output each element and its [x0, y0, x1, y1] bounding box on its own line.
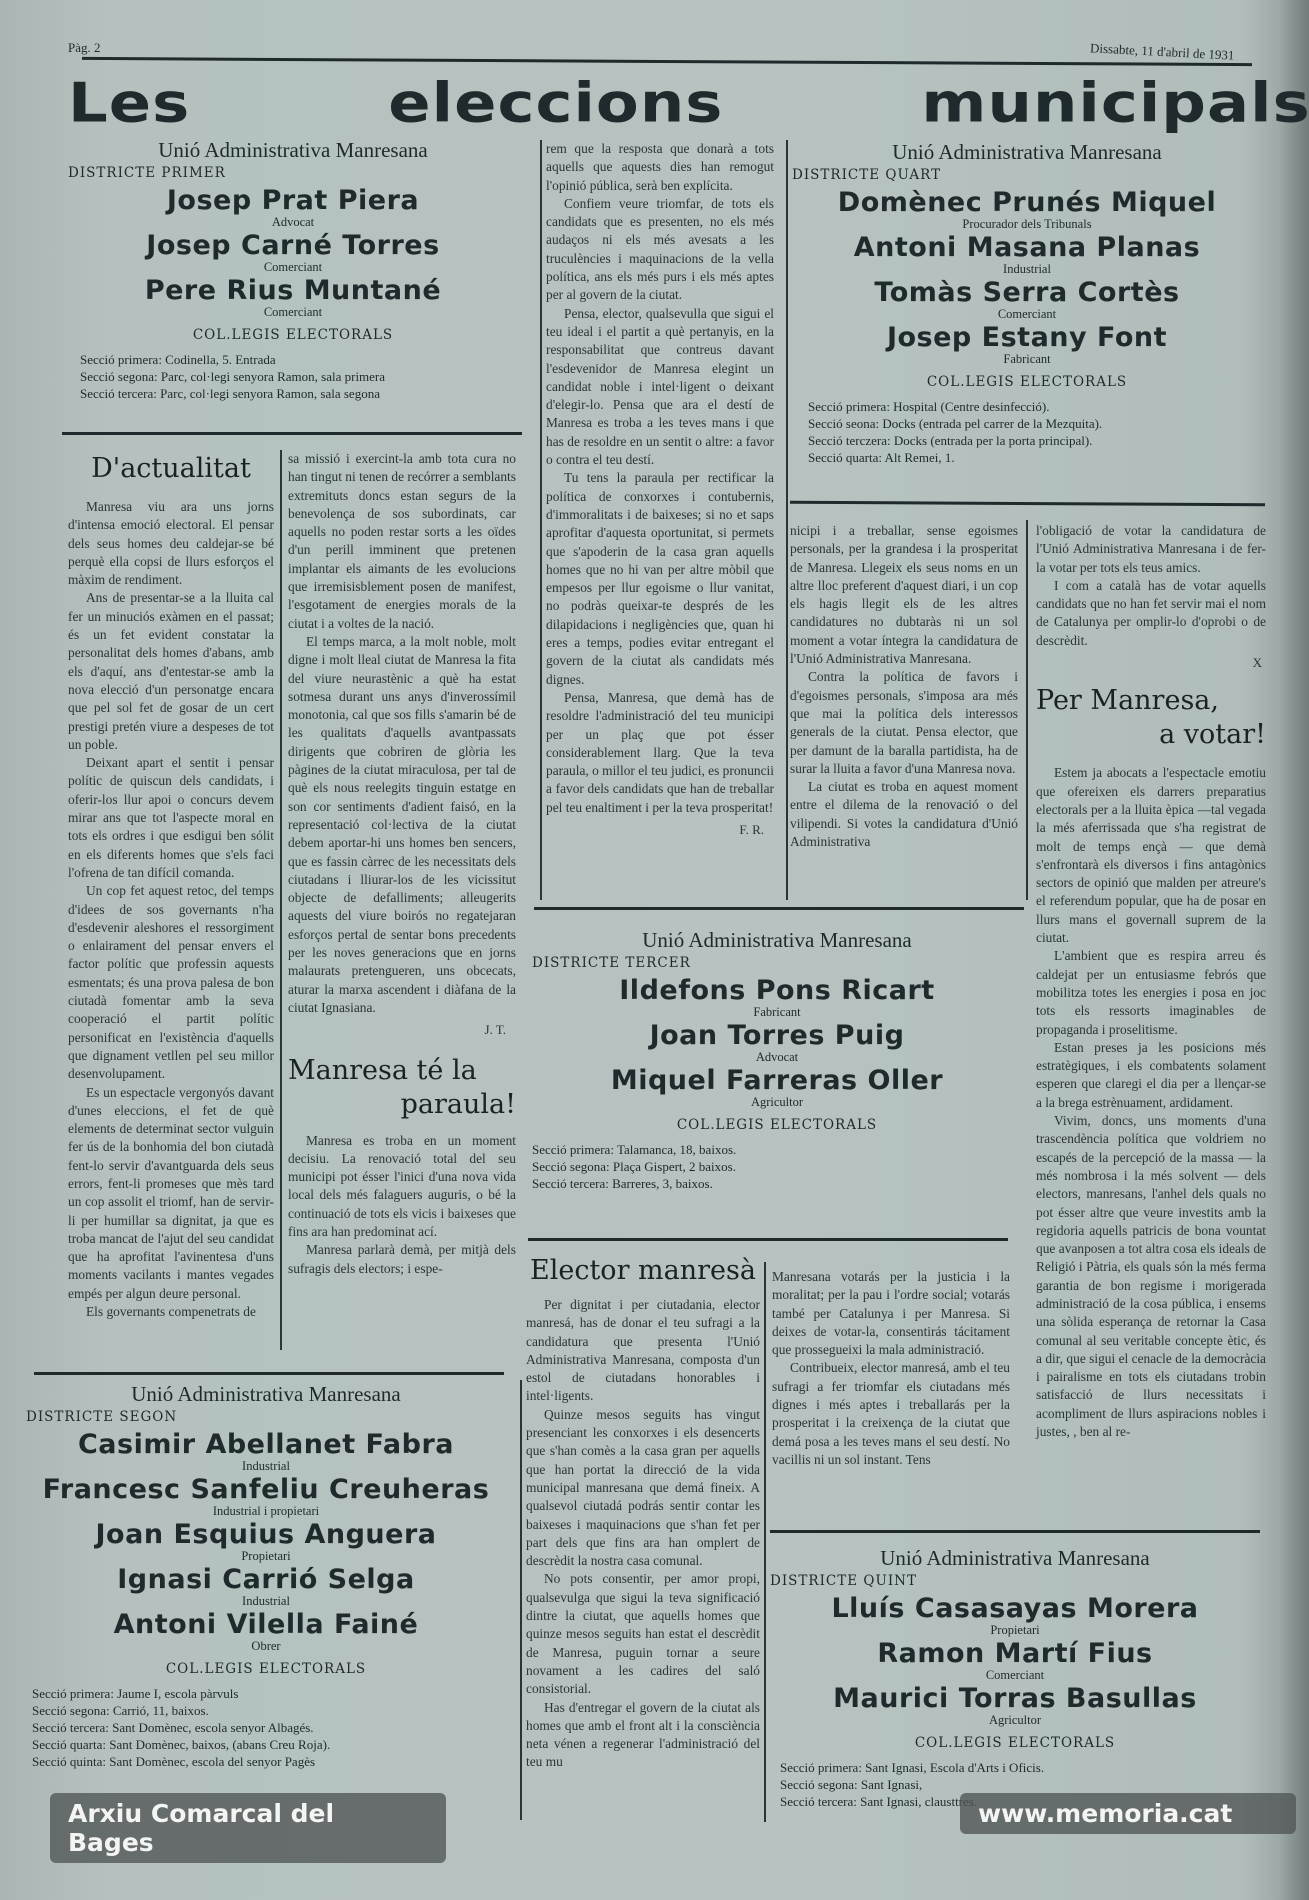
polling-section: Secció segona: Parc, col·legi senyora Ra…: [80, 368, 518, 385]
candidate-profession: Propietari: [770, 1623, 1260, 1637]
district-label: DISTRICTE SEGON: [26, 1409, 506, 1425]
article-title-line2: paraula!: [288, 1088, 516, 1122]
candidate-profession: Fabricant: [792, 352, 1262, 366]
district-label: DISTRICTE PRIMER: [68, 165, 518, 181]
page-number: Pàg. 2: [68, 40, 101, 56]
column-rule: [520, 1380, 522, 1820]
section-rule: [770, 1530, 1260, 1533]
candidate-name: Maurici Torras Basullas: [770, 1685, 1260, 1713]
article-dactualitat-col2: sa missió i exercint-la amb tota cura no…: [288, 450, 516, 1278]
polling-section: Secció quarta: Alt Remei, 1.: [808, 449, 1262, 466]
org-name: Unió Administrativa Manresana: [68, 138, 518, 163]
website-watermark: www.memoria.cat: [960, 1793, 1296, 1834]
column-rule: [280, 450, 282, 1350]
candidate-name: Casimir Abellanet Fabra: [26, 1431, 506, 1459]
candidate-name: Ignasi Carrió Selga: [26, 1566, 506, 1594]
headline-word: municipals: [921, 72, 1309, 135]
article-signature: X: [1036, 654, 1262, 672]
polling-section: Secció primera: Talamanca, 18, baixos.: [532, 1141, 1022, 1158]
candidate-name: Josep Estany Font: [792, 324, 1262, 352]
colleges-heading: COL.LEGIS ELECTORALS: [26, 1661, 506, 1677]
candidate-name: Miquel Farreras Oller: [532, 1067, 1022, 1095]
district-label: DISTRICTE QUINT: [770, 1573, 1260, 1589]
candidate-profession: Agricultor: [770, 1713, 1260, 1727]
column-rule: [540, 140, 542, 900]
colleges-heading: COL.LEGIS ELECTORALS: [770, 1735, 1260, 1751]
article-title: Elector manresà: [526, 1254, 760, 1288]
masthead-headline: Les eleccions municipals: [68, 72, 1309, 135]
candidate-name: Pere Rius Muntané: [68, 277, 518, 305]
candidate-name: Ramon Martí Fius: [770, 1640, 1260, 1668]
article-right-continuation-col1: nicipi i a treballar, sense egoismes per…: [790, 522, 1018, 851]
article-right-continuation-col2: l'obligació de votar la candidatura de l…: [1036, 522, 1266, 1441]
candidate-profession: Comerciant: [770, 1668, 1260, 1682]
candidate-profession: Fabricant: [532, 1005, 1022, 1019]
article-dactualitat-col1: D'actualitat Manresa viu ara uns jorns d…: [68, 452, 274, 1321]
section-rule: [528, 1238, 1008, 1241]
candidate-name: Antoni Vilella Fainé: [26, 1611, 506, 1639]
candidate-profession: Comerciant: [792, 307, 1262, 321]
candidate-profession: Industrial: [26, 1594, 506, 1608]
candidate-box-districte-primer: Unió Administrativa Manresana DISTRICTE …: [68, 138, 518, 402]
polling-section: Secció tercera: Parc, col·legi senyora R…: [80, 385, 518, 402]
org-name: Unió Administrativa Manresana: [770, 1546, 1260, 1571]
article-title: Manresa té la: [288, 1054, 516, 1088]
polling-section: Secció primera: Codinella, 5. Entrada: [80, 351, 518, 368]
colleges-heading: COL.LEGIS ELECTORALS: [68, 327, 518, 343]
candidate-name: Joan Esquius Anguera: [26, 1521, 506, 1549]
colleges-heading: COL.LEGIS ELECTORALS: [792, 374, 1262, 390]
candidate-profession: Industrial: [792, 262, 1262, 276]
candidate-name: Josep Carné Torres: [68, 232, 518, 260]
candidate-profession: Comerciant: [68, 305, 518, 319]
section-rule: [34, 1372, 504, 1375]
candidate-name: Domènec Prunés Miquel: [792, 189, 1262, 217]
section-rule: [534, 907, 1024, 910]
candidate-profession: Advocat: [68, 215, 518, 229]
polling-section: Secció segona: Carrió, 11, baixos.: [32, 1702, 506, 1719]
article-signature: J. T.: [288, 1021, 506, 1039]
polling-section: Secció primera: Sant Ignasi, Escola d'Ar…: [780, 1759, 1260, 1776]
candidate-box-districte-tercer: Unió Administrativa Manresana DISTRICTE …: [532, 928, 1022, 1192]
candidate-name: Lluís Casasayas Morera: [770, 1595, 1260, 1623]
headline-word: Les: [68, 72, 190, 135]
article-title: Per Manresa,: [1036, 684, 1266, 718]
colleges-heading: COL.LEGIS ELECTORALS: [532, 1117, 1022, 1133]
article-title: D'actualitat: [68, 452, 274, 486]
polling-section: Secció primera: Jaume I, escola pàrvuls: [32, 1685, 506, 1702]
district-label: DISTRICTE TERCER: [532, 955, 1022, 971]
candidate-profession: Agricultor: [532, 1095, 1022, 1109]
column-rule: [786, 140, 788, 900]
archive-watermark: Arxiu Comarcal del Bages: [50, 1793, 446, 1863]
article-signature: F. R.: [546, 821, 764, 839]
candidate-profession: Comerciant: [68, 260, 518, 274]
candidate-name: Francesc Sanfeliu Creuheras: [26, 1476, 506, 1504]
candidate-profession: Procurador dels Tribunals: [792, 217, 1262, 231]
article-elector-col2: Manresana votarás per la justicia i la m…: [772, 1268, 1010, 1469]
candidate-profession: Advocat: [532, 1050, 1022, 1064]
candidate-profession: Industrial: [26, 1459, 506, 1473]
polling-section: Secció quinta: Sant Domènec, escola del …: [32, 1753, 506, 1770]
polling-section: Secció segona: Plaça Gispert, 2 baixos.: [532, 1158, 1022, 1175]
article-elector-col1: Elector manresà Per dignitat i per ciuta…: [526, 1254, 760, 1772]
candidate-name: Ildefons Pons Ricart: [532, 977, 1022, 1005]
org-name: Unió Administrativa Manresana: [26, 1382, 506, 1407]
headline-word: eleccions: [388, 72, 723, 135]
polling-section: Secció quarta: Sant Domènec, baixos, (ab…: [32, 1736, 506, 1753]
polling-section: Secció terczera: Docks (entrada per la p…: [808, 432, 1262, 449]
column-rule: [1026, 520, 1028, 900]
article-title-line2: a votar!: [1036, 718, 1266, 752]
candidate-box-districte-quint: Unió Administrativa Manresana DISTRICTE …: [770, 1546, 1260, 1810]
polling-section: Secció seona: Docks (entrada pel carrer …: [808, 415, 1262, 432]
candidate-profession: Obrer: [26, 1639, 506, 1653]
article-continuation: rem que la resposta que donarà a tots aq…: [546, 140, 774, 839]
polling-section: Secció tercera: Barreres, 3, baixos.: [532, 1175, 1022, 1192]
column-rule: [764, 1262, 766, 1822]
org-name: Unió Administrativa Manresana: [532, 928, 1022, 953]
polling-section: Secció segona: Sant Ignasi,: [780, 1776, 1260, 1793]
org-name: Unió Administrativa Manresana: [792, 140, 1262, 165]
candidate-name: Antoni Masana Planas: [792, 234, 1262, 262]
polling-section: Secció primera: Hospital (Centre desinfe…: [808, 398, 1262, 415]
page-edge-shadow: [1279, 0, 1309, 1900]
candidate-box-districte-segon: Unió Administrativa Manresana DISTRICTE …: [26, 1382, 506, 1770]
candidate-profession: Industrial i propietari: [26, 1504, 506, 1518]
candidate-profession: Propietari: [26, 1549, 506, 1563]
polling-section: Secció tercera: Sant Domènec, escola sen…: [32, 1719, 506, 1736]
candidate-box-districte-quart: Unió Administrativa Manresana DISTRICTE …: [792, 140, 1262, 466]
candidate-name: Tomàs Serra Cortès: [792, 279, 1262, 307]
district-label: DISTRICTE QUART: [792, 167, 1262, 183]
candidate-name: Josep Prat Piera: [68, 187, 518, 215]
section-rule: [62, 432, 522, 435]
candidate-name: Joan Torres Puig: [532, 1022, 1022, 1050]
